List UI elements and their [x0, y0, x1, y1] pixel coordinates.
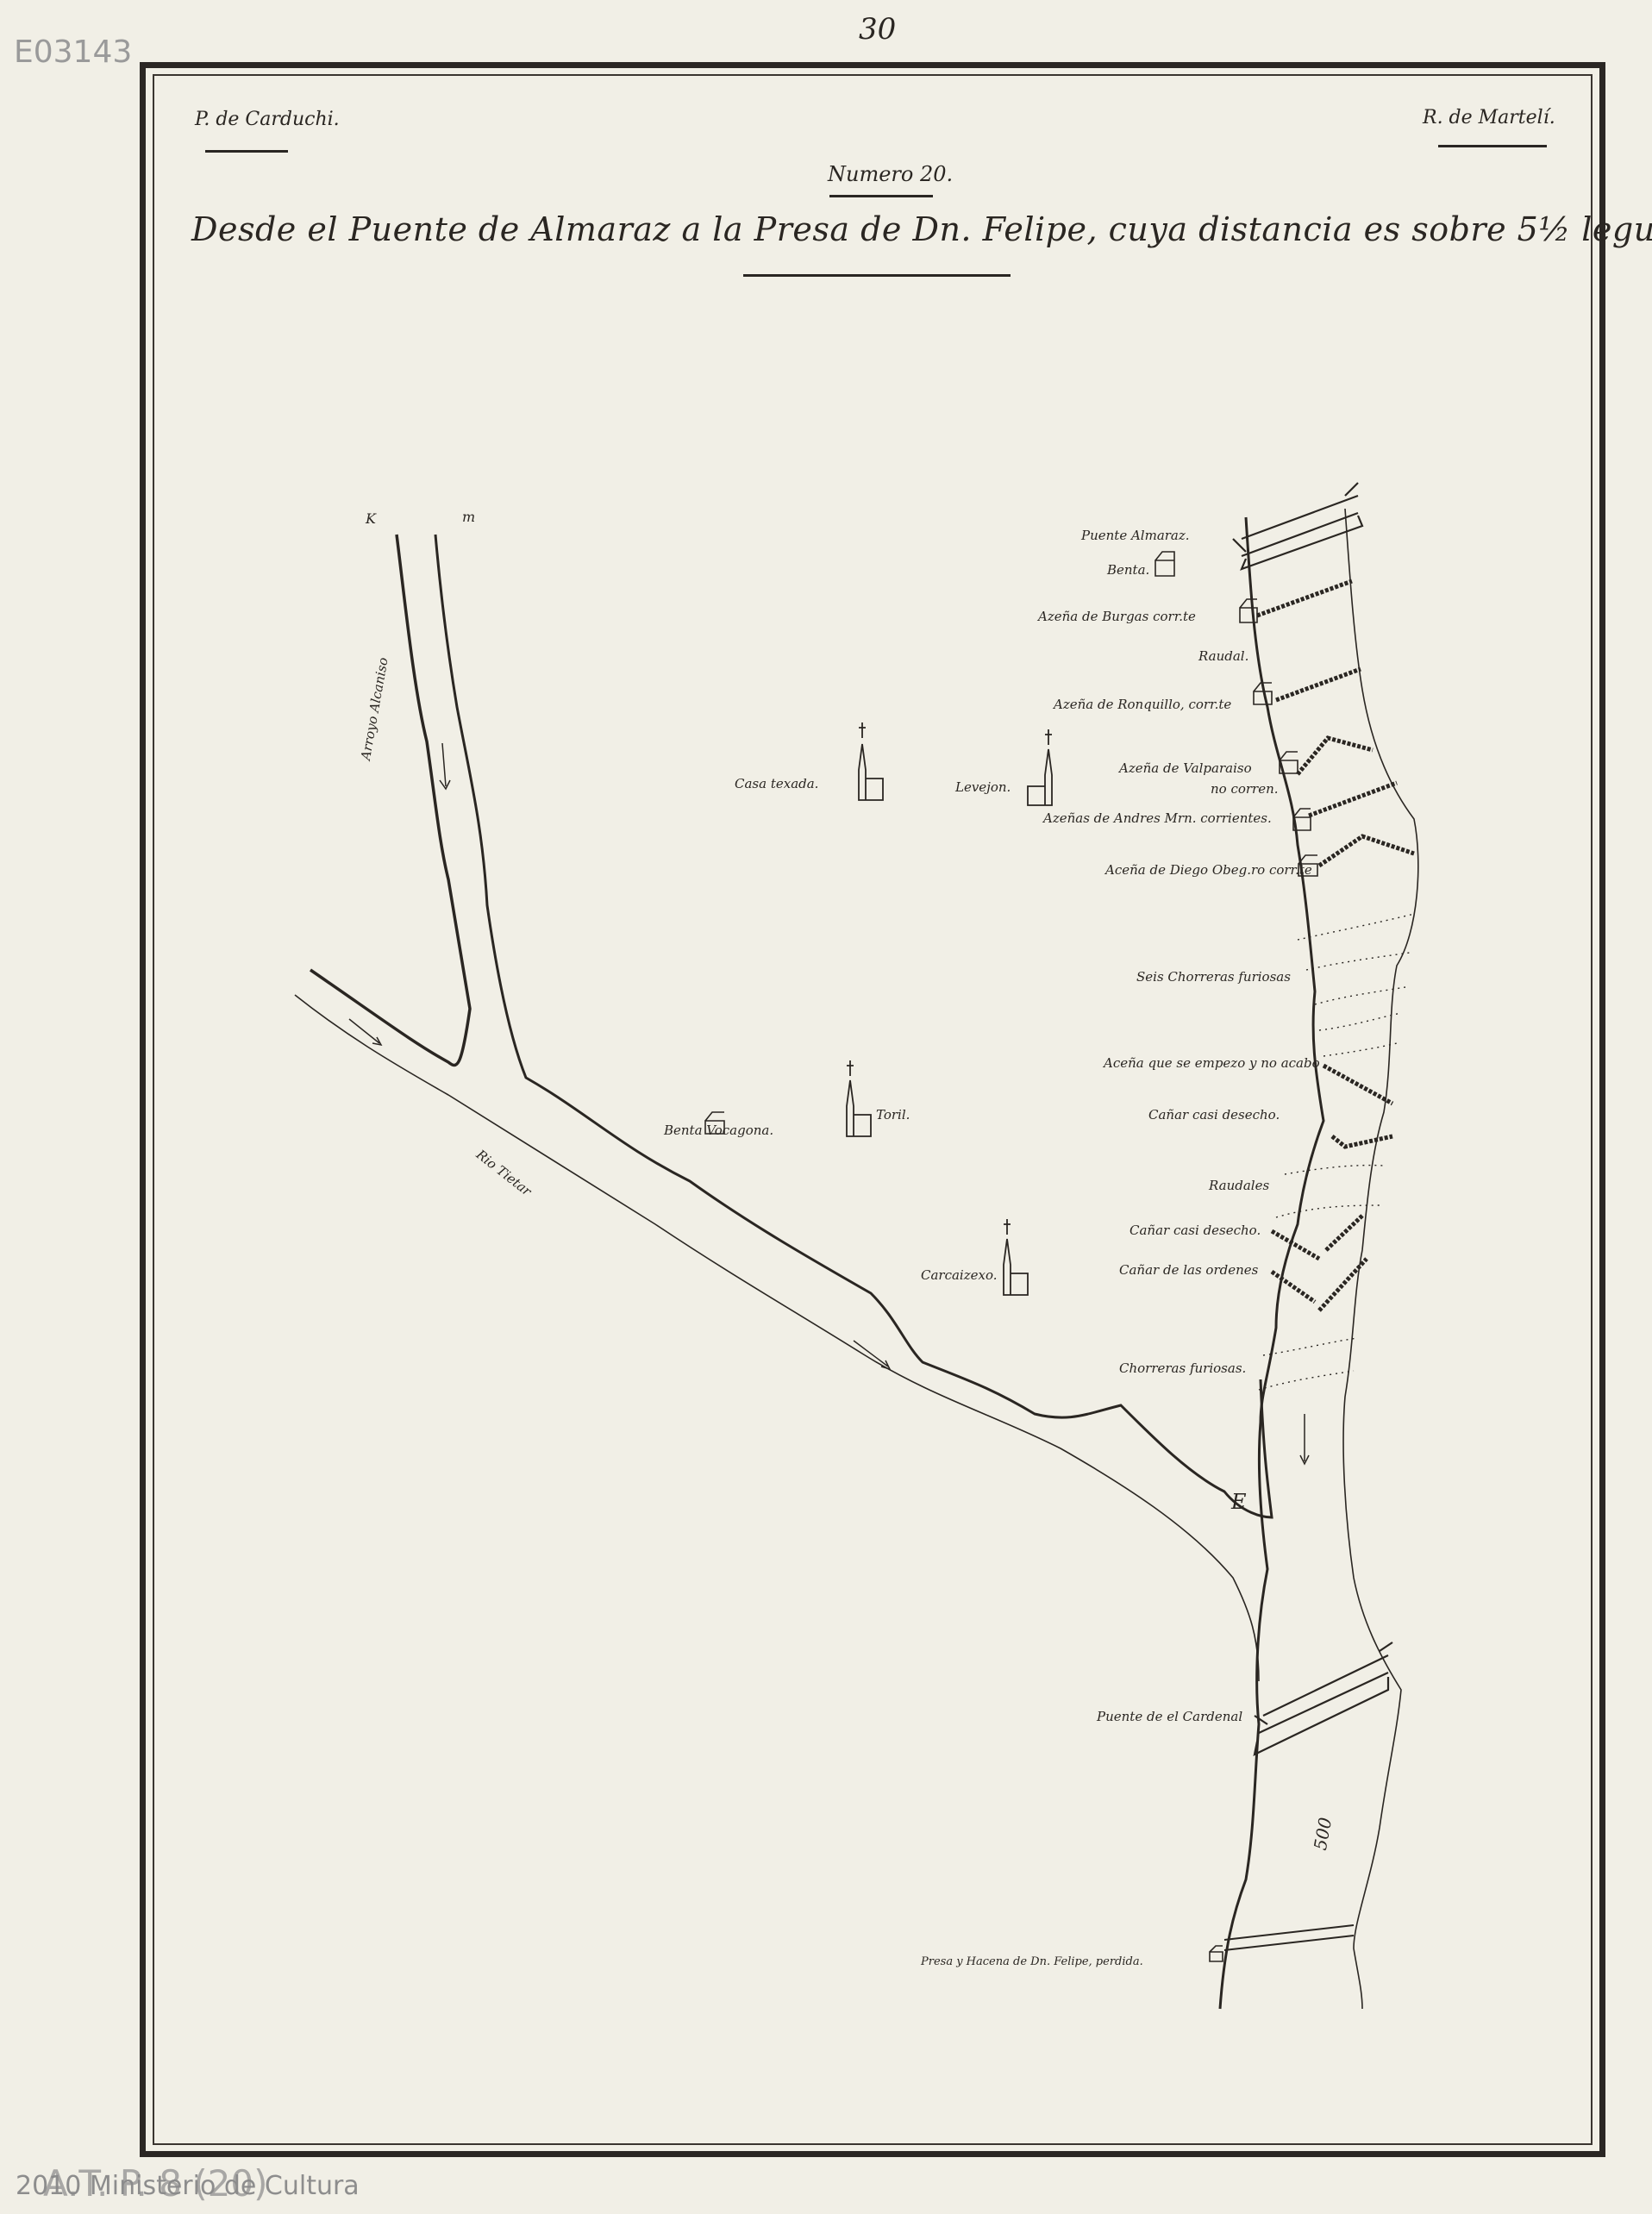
rapids-lines: [1259, 914, 1414, 1390]
feature-raudales: Raudales: [1209, 1178, 1269, 1193]
place-levejon: Levejon.: [955, 779, 1011, 795]
flow-arrows: [349, 743, 1309, 1464]
feature-azena-burgas: Azeña de Burgas corr.te: [1038, 609, 1196, 624]
feature-no-corren: no corren.: [1211, 781, 1279, 797]
arroyo-bank-k: K: [366, 510, 376, 527]
map-drawing: [0, 0, 1652, 2214]
place-carcaizexo: Carcaizexo.: [921, 1267, 998, 1283]
feature-acena-empezo: Aceña que se empezo y no acabo: [1104, 1055, 1320, 1071]
puente-almaraz-bridge: [1233, 483, 1362, 569]
church-icons: [847, 722, 1052, 1295]
feature-acena-diego: Aceña de Diego Obeg.ro corr.te: [1105, 862, 1312, 878]
feature-benta: Benta.: [1107, 562, 1149, 578]
presa-don-felipe: [1224, 1925, 1354, 1950]
tajo-right-bank: [1343, 509, 1418, 2009]
feature-canar-casi-desecho-1: Cañar casi desecho.: [1148, 1107, 1280, 1123]
feature-azena-ronquillo: Azeña de Ronquillo, corr.te: [1054, 697, 1231, 712]
arroyo-bank-m: m: [462, 509, 475, 525]
feature-canar-ordenes: Cañar de las ordenes: [1119, 1262, 1258, 1278]
feature-seis-chorreras: Seis Chorreras furiosas: [1136, 969, 1291, 985]
confluence-marker: E: [1231, 1490, 1247, 1514]
feature-puente-almaraz: Puente Almaraz.: [1081, 528, 1190, 543]
place-casa-texada: Casa texada.: [735, 776, 818, 791]
feature-raudal: Raudal.: [1198, 648, 1248, 664]
feature-presa-don-felipe: Presa y Hacena de Dn. Felipe, perdida.: [921, 1955, 1143, 1968]
tietar-lower-bank: [295, 995, 1259, 1681]
arroyo-left-bank: [310, 535, 470, 1066]
place-toril: Toril.: [876, 1107, 910, 1123]
feature-puente-cardenal: Puente de el Cardenal: [1097, 1709, 1242, 1724]
shelf-mark: A.T. P. 8 (20): [43, 2162, 268, 2205]
puente-cardenal-bridge: [1255, 1642, 1392, 1754]
feature-azenas-andres: Azeñas de Andres Mrn. corrientes.: [1043, 810, 1272, 826]
feature-canar-casi-desecho-2: Cañar casi desecho.: [1129, 1223, 1261, 1238]
feature-azena-valparaiso: Azeña de Valparaiso: [1119, 760, 1252, 776]
place-benta-vocagona: Benta Vocagona.: [664, 1123, 773, 1138]
mill-weirs: [1257, 581, 1414, 1310]
feature-chorreras-furiosas: Chorreras furiosas.: [1119, 1360, 1246, 1376]
